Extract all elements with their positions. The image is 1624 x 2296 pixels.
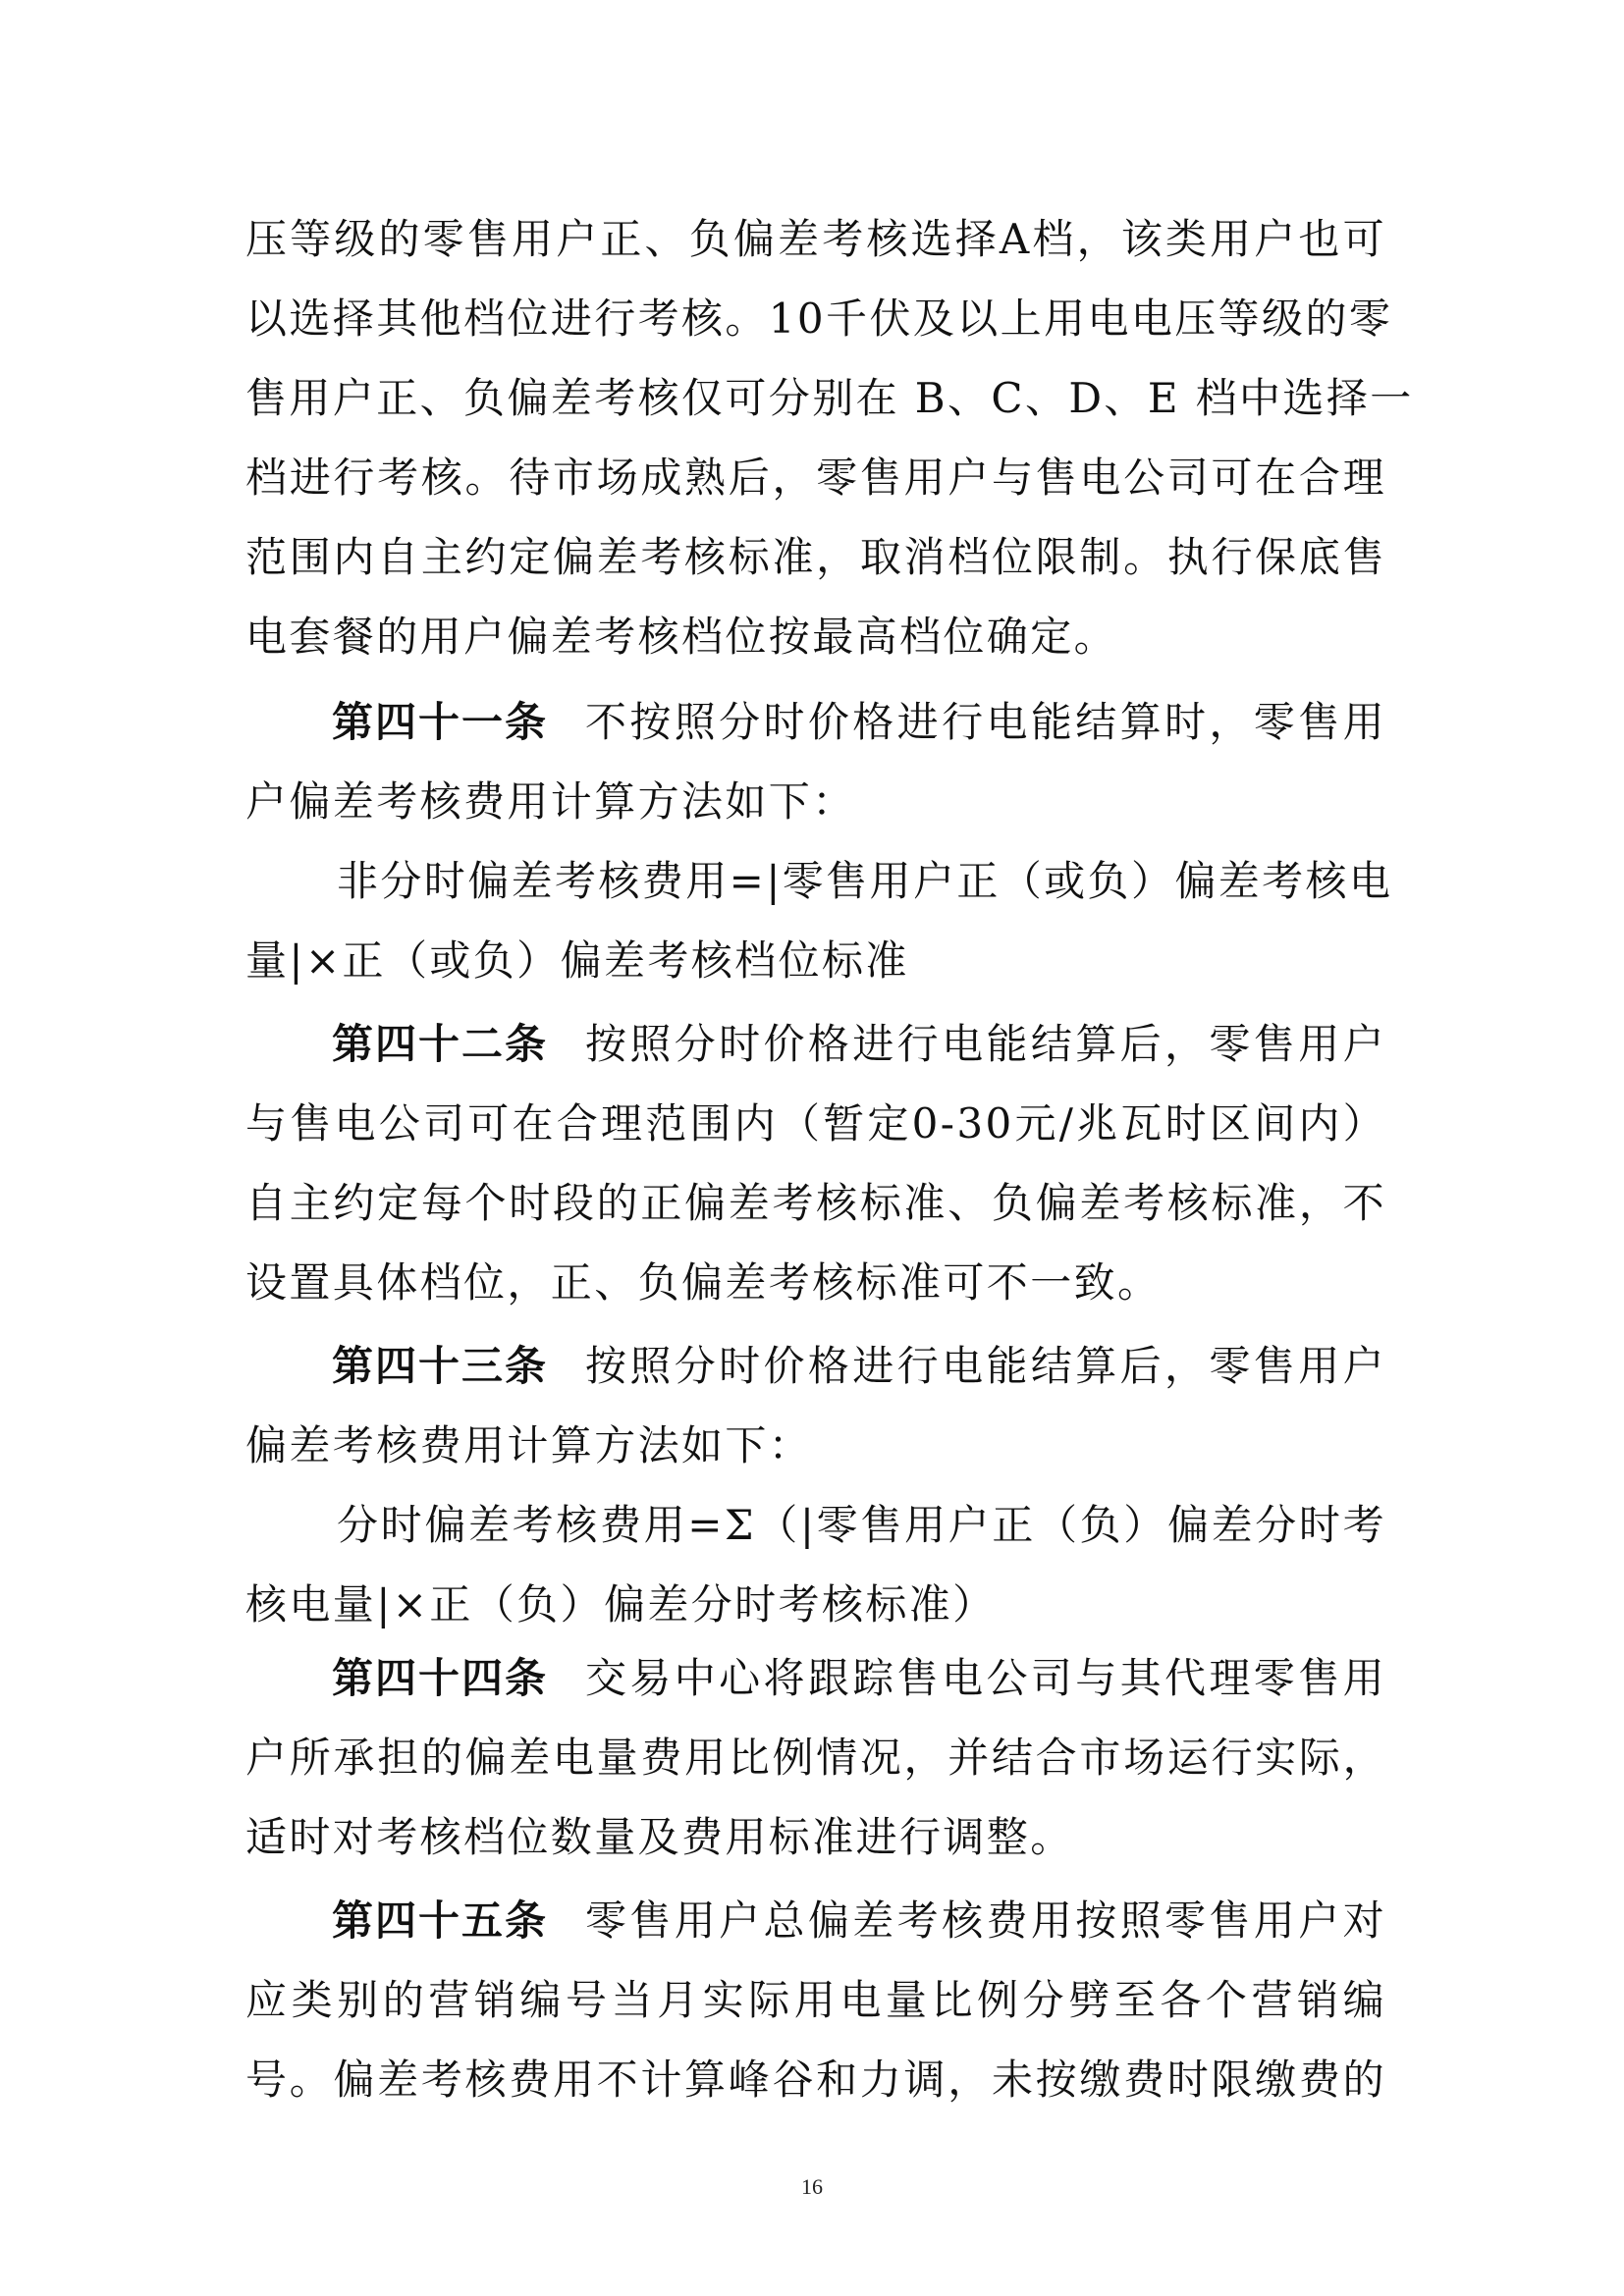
article-41-first-line: 第四十一条不按照分时价格进行电能结算时，零售用	[332, 699, 1386, 746]
article-number: 第四十四条	[332, 1654, 548, 1702]
body-line: 压等级的零售用户正、负偏差考核选择A档，该类用户也可	[245, 216, 1386, 263]
article-44-first-line: 第四十四条交易中心将跟踪售电公司与其代理零售用	[332, 1655, 1386, 1702]
body-line: 电套餐的用户偏差考核档位按最高档位确定。	[245, 614, 1386, 661]
formula-line: 非分时偏差考核费用=|零售用户正（或负）偏差考核电	[337, 858, 1386, 905]
article-45-first-line: 第四十五条零售用户总偏差考核费用按照零售用户对	[332, 1897, 1386, 1945]
article-number: 第四十二条	[332, 1020, 548, 1068]
body-line: 号。偏差考核费用不计算峰谷和力调，未按缴费时限缴费的	[245, 2056, 1386, 2104]
article-text: 交易中心将跟踪售电公司与其代理零售用	[585, 1654, 1386, 1702]
body-line: 设置具体档位，正、负偏差考核标准可不一致。	[245, 1259, 1386, 1307]
article-text: 按照分时价格进行电能结算后，零售用户	[585, 1020, 1386, 1068]
formula-line: 核电量|×正（负）偏差分时考核标准）	[245, 1581, 1386, 1629]
page-number: 16	[0, 2174, 1624, 2200]
article-text: 按照分时价格进行电能结算后，零售用户	[585, 1342, 1386, 1390]
body-line: 与售电公司可在合理范围内（暂定0-30元/兆瓦时区间内）	[245, 1100, 1386, 1148]
body-line: 档进行考核。待市场成熟后，零售用户与售电公司可在合理	[245, 454, 1386, 502]
formula-line: 量|×正（或负）偏差考核档位标准	[245, 937, 1386, 985]
body-line: 范围内自主约定偏差考核标准，取消档位限制。执行保底售	[245, 534, 1386, 581]
article-number: 第四十一条	[332, 698, 548, 746]
body-line: 户所承担的偏差电量费用比例情况，并结合市场运行实际，	[245, 1735, 1386, 1782]
article-42-first-line: 第四十二条按照分时价格进行电能结算后，零售用户	[332, 1021, 1386, 1068]
article-text: 零售用户总偏差考核费用按照零售用户对	[585, 1896, 1386, 1945]
body-line: 以选择其他档位进行考核。10千伏及以上用电电压等级的零	[245, 295, 1386, 343]
body-line: 售用户正、负偏差考核仅可分别在 B、C、D、E 档中选择一	[245, 375, 1386, 422]
document-page: 压等级的零售用户正、负偏差考核选择A档，该类用户也可 以选择其他档位进行考核。1…	[0, 0, 1624, 2296]
body-line: 户偏差考核费用计算方法如下：	[245, 778, 1386, 826]
article-number: 第四十三条	[332, 1342, 548, 1390]
formula-line: 分时偏差考核费用=Σ（|零售用户正（负）偏差分时考	[337, 1502, 1386, 1549]
article-text: 不按照分时价格进行电能结算时，零售用	[585, 698, 1386, 746]
body-line: 应类别的营销编号当月实际用电量比例分劈至各个营销编	[245, 1977, 1386, 2024]
body-line: 偏差考核费用计算方法如下：	[245, 1422, 1386, 1469]
article-43-first-line: 第四十三条按照分时价格进行电能结算后，零售用户	[332, 1343, 1386, 1390]
body-line: 自主约定每个时段的正偏差考核标准、负偏差考核标准，不	[245, 1180, 1386, 1227]
body-line: 适时对考核档位数量及费用标准进行调整。	[245, 1814, 1386, 1861]
article-number: 第四十五条	[332, 1896, 548, 1945]
